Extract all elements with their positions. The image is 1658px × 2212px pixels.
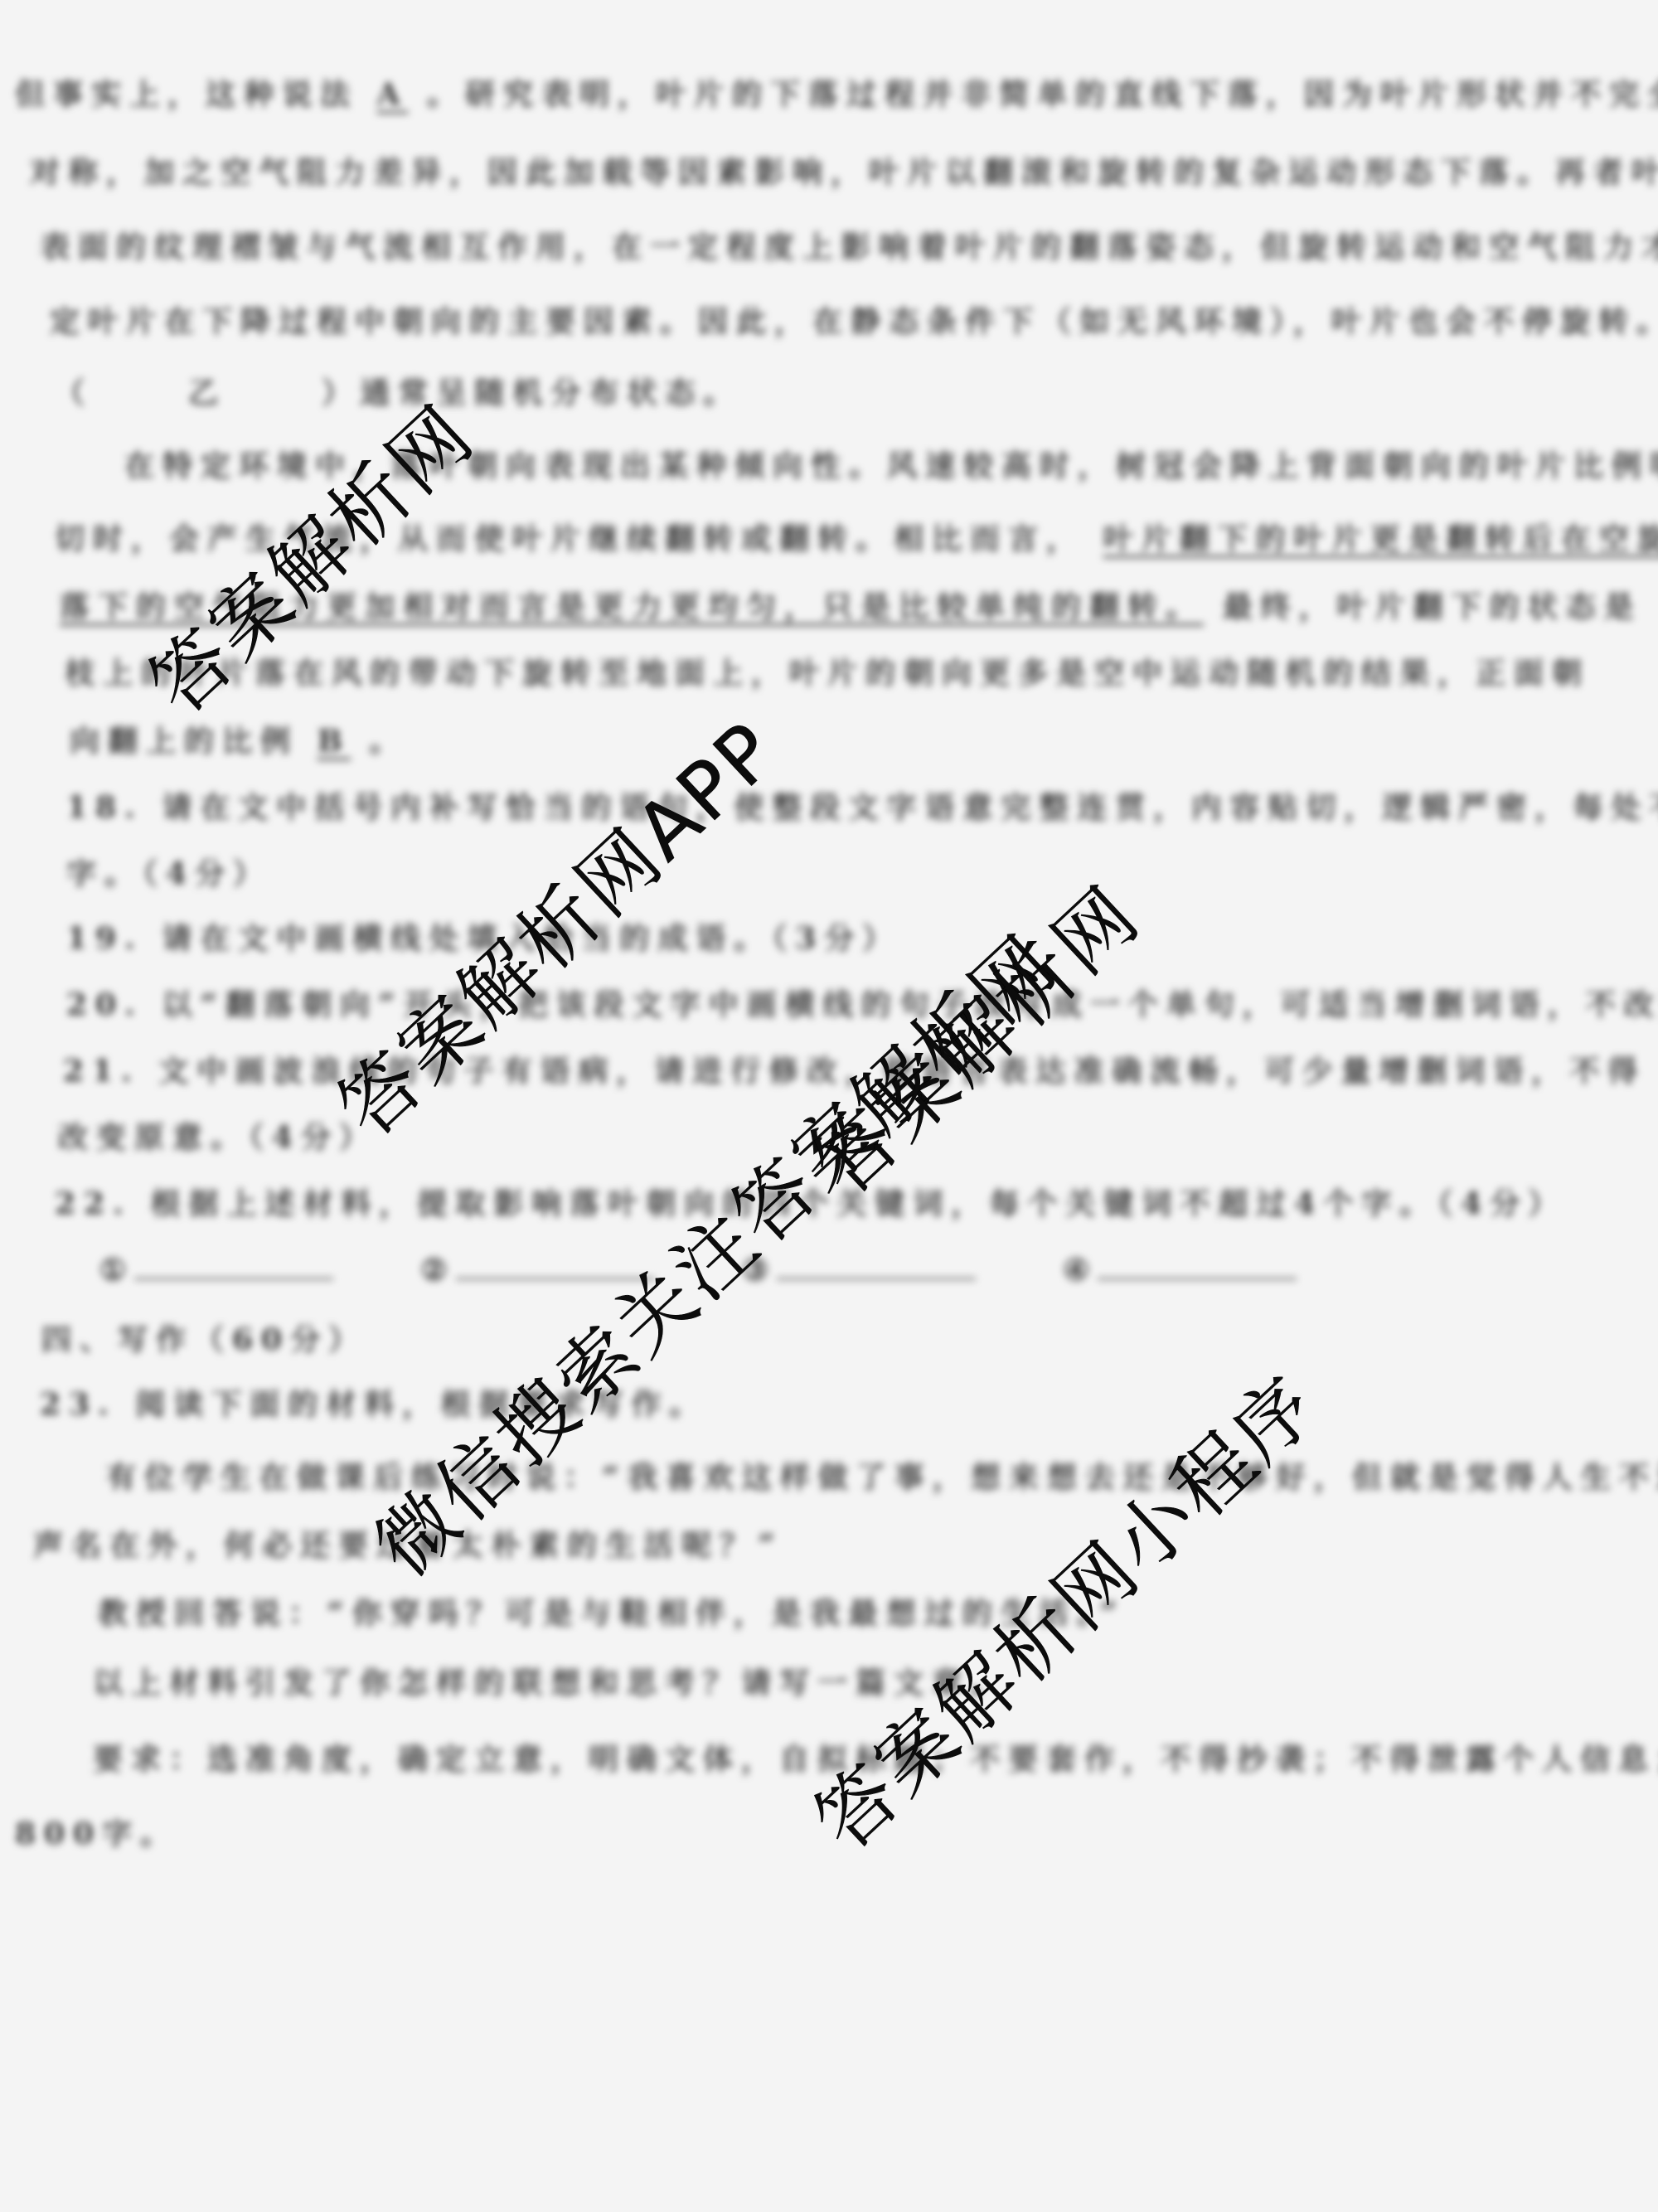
question-21: 21. 文中画波浪线的句子有语病，请进行修改，使语言表达准确流畅，可少量增删词语… <box>63 1053 1646 1089</box>
essay-material-line: 教授回答说：“你穿吗？可是与鞋相伴，是我最想过的生活。” <box>98 1595 1125 1632</box>
question-22: 22. 根据上述材料，提取影响落叶朝向的四个关键词，每个关键词不超过4个字。（4… <box>55 1186 1566 1222</box>
paragraph-text: 切时，会产生气流，从而使叶片继续翻转或翻转。相比而言， <box>55 521 1084 556</box>
essay-question: 23. 阅读下面的材料，根据要求写作。 <box>40 1386 707 1423</box>
question-text: 以“翻落朝向”开头，把该段文字中画横线的句子改写成一个单句，可适当增删词语，不改… <box>162 987 1658 1022</box>
essay-material-line: 有位学生在做课后练习时说：“我喜欢这样做了事，想来想去还是不够好，但就是觉得人生… <box>106 1459 1658 1496</box>
question-21-cont: 改变原意。（4分） <box>58 1119 377 1156</box>
passage-line: 但事实上，这种说法 A 。研究表明，叶片的下落过程并非简单的直线下落，因为叶片形… <box>15 76 1658 113</box>
paragraph-line: 切时，会产生气流，从而使叶片继续翻转或翻转。相比而言， 叶片翻下的叶片更是翻转后… <box>55 521 1658 557</box>
answer-blanks-row: ① ② ③ ④ <box>99 1252 1297 1288</box>
passage-line: 对称，加之空气阻力差异，因此加载等因素影响，叶片以翻滚和旋转的复杂运动形态下落。… <box>30 154 1658 191</box>
question-18-cont: 字。（4分） <box>66 856 271 892</box>
question-18: 18. 请在文中括号内补写恰当的语句，使整段文字语意完整连贯，内容贴切，逻辑严密… <box>66 789 1658 826</box>
passage-text: 。研究表明，叶片的下落过程并非简单的直线下落，因为叶片形状并不完全对称，加之空气… <box>427 77 1658 112</box>
question-text: 请在文中括号内补写恰当的语句，使整段文字语意完整连贯，内容贴切，逻辑严密，每处不… <box>162 790 1658 825</box>
exam-page: 但事实上，这种说法 A 。研究表明，叶片的下落过程并非简单的直线下落，因为叶片形… <box>0 0 1658 2212</box>
question-number: 18. <box>66 790 143 825</box>
paragraph-text: 向翻上的比例 <box>70 724 298 759</box>
question-20: 20. 以“翻落朝向”开头，把该段文字中画横线的句子改写成一个单句，可适当增删词… <box>66 987 1658 1023</box>
paren-open: （ <box>55 376 93 410</box>
passage-line: 定叶片在下降过程中朝向的主要因素。因此，在静态条件下（如无风环境），叶片也会不停… <box>50 303 1658 340</box>
paragraph-line: 落下的空气阻力更加相对而言是更力更均匀，只是比较单纯的翻转。 最终，叶片翻下的状… <box>60 589 1642 625</box>
essay-material-line: 要求：选准角度，确定立意，明确文体，自拟标题；不要套作，不得抄袭；不得泄露个人信… <box>93 1741 1658 1778</box>
question-19: 19. 请在文中画横线处填入恰当的成语。（3分） <box>66 920 900 957</box>
blank-label: ④ <box>1063 1253 1098 1288</box>
blank-b: B <box>318 724 351 759</box>
essay-material-line: 800字。 <box>15 1816 178 1852</box>
paragraph-line: 枝上的叶片落在风的带动下旋转至地面上，叶片的朝向更多是空中运动随机的结果，正面朝 <box>65 655 1590 691</box>
blank-label: ② <box>420 1253 455 1288</box>
question-number: 19. <box>66 921 143 956</box>
underlined-sentence: 落下的空气阻力更加相对而言是更力更均匀，只是比较单纯的翻转。 <box>60 589 1204 624</box>
passage-text: ）通常呈随机分布状态。 <box>322 376 741 410</box>
passage-line: （ 乙 ）通常呈随机分布状态。 <box>55 375 741 411</box>
passage-text: 但事实上，这种说法 <box>15 77 358 112</box>
question-number: 22. <box>55 1186 132 1221</box>
question-text: 请在文中画横线处填入恰当的成语。（3分） <box>162 921 900 956</box>
essay-material-line: 以上材料引发了你怎样的联想和思考？请写一篇文章。 <box>93 1665 1008 1701</box>
answer-blank-3[interactable] <box>777 1253 976 1280</box>
section-header: 四、写作（60分） <box>41 1322 366 1358</box>
blank-yi: 乙 <box>188 376 226 410</box>
paragraph-text: 。 <box>370 724 408 759</box>
passage-line: 表面的纹理褶皱与气流相互作用，在一定程度上影响着叶片的翻落姿态，但旋转运动和空气… <box>40 229 1658 265</box>
question-text: 根据上述材料，提取影响落叶朝向的四个关键词，每个关键词不超过4个字。（4分） <box>150 1186 1566 1221</box>
blank-label: ① <box>99 1253 134 1288</box>
answer-blank-4[interactable] <box>1098 1253 1297 1280</box>
paragraph-text: 最终，叶片翻下的状态是 <box>1223 589 1642 624</box>
paragraph-line: 在特定环境中，落叶朝向表现出某种倾向性。风速较高时，树冠会降上背面朝向的叶片比例… <box>124 448 1658 484</box>
question-number: 23. <box>40 1387 117 1422</box>
question-text: 文中画波浪线的句子有语病，请进行修改，使语言表达准确流畅，可少量增删词语，不得 <box>158 1054 1646 1089</box>
blank-a: A <box>377 77 409 112</box>
blurred-exam-text: 但事实上，这种说法 A 。研究表明，叶片的下落过程并非简单的直线下落，因为叶片形… <box>0 0 1658 2212</box>
question-number: 20. <box>66 987 143 1022</box>
essay-material-line: 声名在外，何必还要过着太朴素的生活呢？” <box>33 1527 783 1564</box>
question-number: 21. <box>63 1054 140 1089</box>
underlined-sentence: 叶片翻下的叶片更是翻转后在空旋或下 <box>1103 521 1658 556</box>
question-text: 阅读下面的材料，根据要求写作。 <box>135 1387 707 1422</box>
paragraph-line: 向翻上的比例 B 。 <box>70 723 408 759</box>
blank-label: ③ <box>742 1253 777 1288</box>
answer-blank-2[interactable] <box>456 1253 655 1280</box>
answer-blank-1[interactable] <box>134 1253 333 1280</box>
